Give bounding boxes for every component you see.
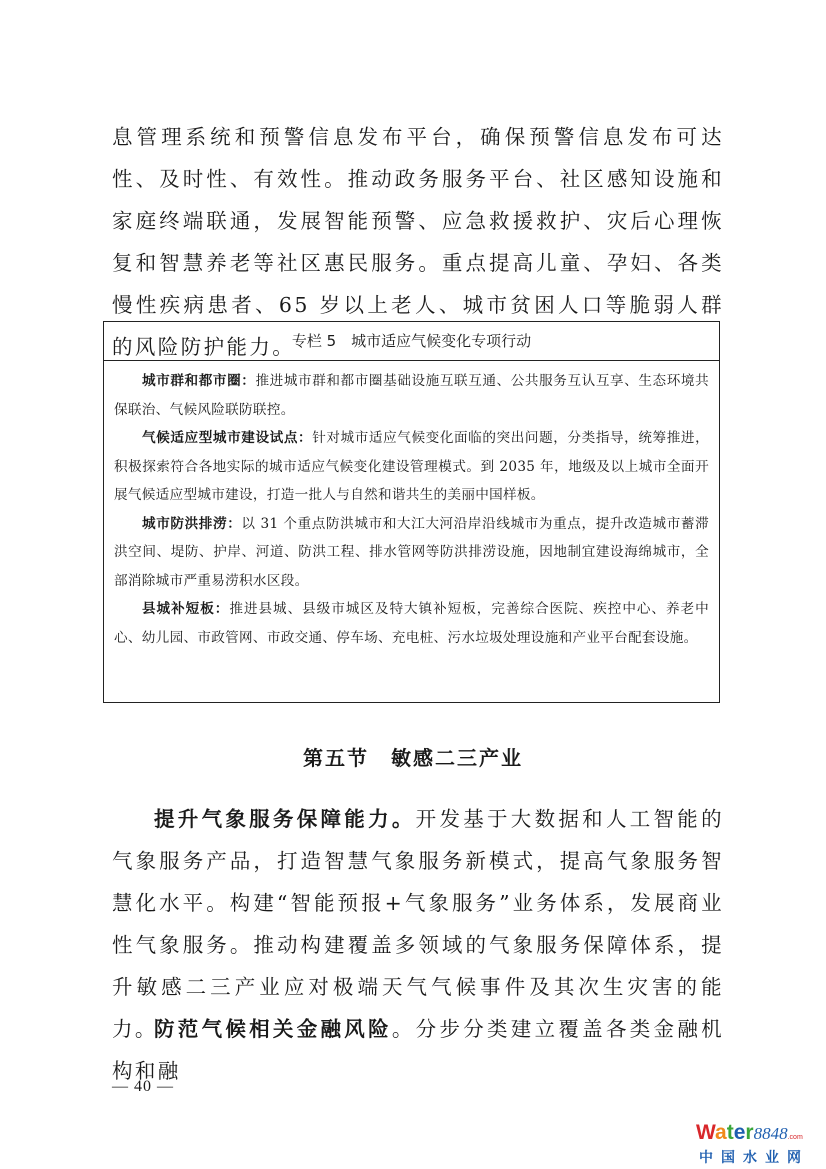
logo-letter: W bbox=[696, 1121, 715, 1144]
paragraph-heading: 提升气象服务保障能力。 bbox=[154, 807, 416, 831]
box-item-county: 县城补短板：推进县城、县级市城区及特大镇补短板，完善综合医院、疾控中心、养老中心… bbox=[114, 595, 709, 652]
watermark-logo: Water8848.com 中国水业网 bbox=[696, 1122, 820, 1166]
box-item-heading: 气候适应型城市建设试点： bbox=[142, 430, 312, 446]
feature-box: 专栏 5 城市适应气候变化专项行动 城市群和都市圈：推进城市群和都市圈基础设施互… bbox=[103, 321, 720, 703]
logo-letter: e bbox=[734, 1121, 746, 1144]
logo-suffix: .com bbox=[788, 1134, 803, 1141]
logo-number: 8848 bbox=[754, 1124, 788, 1143]
paragraph-financial-risk: 防范气候相关金融风险。分步分类建立覆盖各类金融机构和融 bbox=[112, 1008, 724, 1092]
logo-letter: a bbox=[715, 1121, 727, 1144]
box-body: 城市群和都市圈：推进城市群和都市圈基础设施互联互通、公共服务互认互享、生态环境共… bbox=[104, 361, 719, 652]
logo-letter: r bbox=[745, 1121, 753, 1144]
box-item-heading: 县城补短板： bbox=[142, 601, 229, 617]
box-item-heading: 城市群和都市圈： bbox=[142, 373, 255, 389]
logo-letter: t bbox=[727, 1121, 734, 1144]
logo-letters: Water bbox=[696, 1121, 754, 1144]
box-item-flood-control: 城市防洪排涝：以 31 个重点防洪城市和大江大河沿岸沿线城市为重点，提升改造城市… bbox=[114, 510, 709, 596]
section-title: 第五节 敏感二三产业 bbox=[0, 742, 826, 771]
box-item-heading: 城市防洪排涝： bbox=[142, 516, 241, 532]
page-number: — 40 — bbox=[112, 1078, 174, 1096]
box-item-city-clusters: 城市群和都市圈：推进城市群和都市圈基础设施互联互通、公共服务互认互享、生态环境共… bbox=[114, 367, 709, 424]
logo-subtitle: 中国水业网 bbox=[696, 1149, 820, 1167]
paragraph-text: 开发基于大数据和人工智能的气象服务产品，打造智慧气象服务新模式，提高气象服务智慧… bbox=[112, 807, 724, 1041]
paragraph-heading: 防范气候相关金融风险 bbox=[154, 1017, 392, 1041]
logo-wordmark: Water8848.com bbox=[696, 1122, 820, 1149]
box-item-climate-pilot: 气候适应型城市建设试点：针对城市适应气候变化面临的突出问题，分类指导，统筹推进，… bbox=[114, 424, 709, 510]
box-title: 专栏 5 城市适应气候变化专项行动 bbox=[104, 322, 719, 361]
